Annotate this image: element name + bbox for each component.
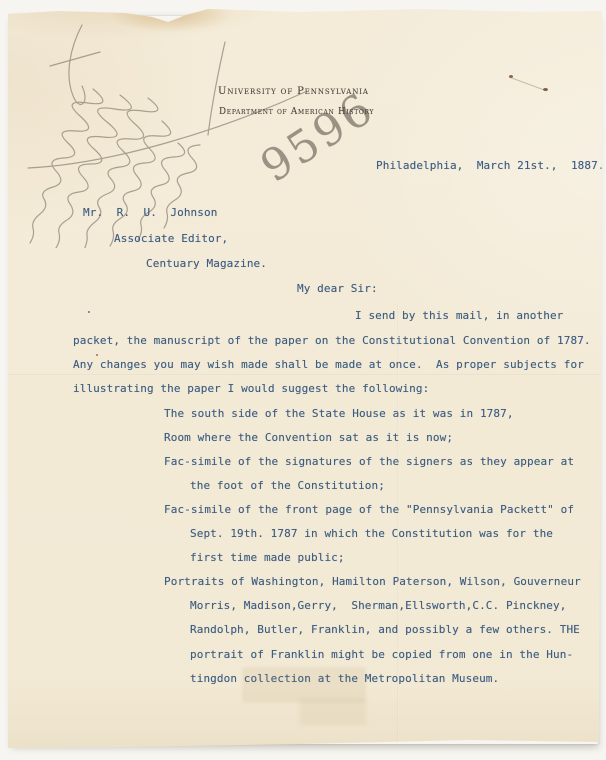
body-line: I send by this mail, in another xyxy=(355,309,563,323)
body-line: Sept. 19th. 1787 in which the Constituti… xyxy=(190,527,553,541)
body-line: Any changes you may wish made shall be m… xyxy=(73,358,584,372)
body-line: first time made public; xyxy=(190,551,345,565)
ghost-stamp-bleedthrough xyxy=(300,699,366,725)
ink-speck xyxy=(88,311,90,313)
body-line: Portraits of Washington, Hamilton Paters… xyxy=(164,575,581,589)
letter-paper: 9596 University of Pennsylvania Departme… xyxy=(0,0,606,760)
body-line: the foot of the Constitution; xyxy=(190,479,385,493)
paper-speck xyxy=(509,75,513,78)
recipient-title: Associate Editor, xyxy=(114,232,228,246)
recipient-organization: Centuary Magazine. xyxy=(146,257,267,271)
letterhead-department: Department of American History xyxy=(219,107,374,117)
paper-speck xyxy=(96,354,98,356)
body-line: Fac-simile of the front page of the "Pen… xyxy=(164,503,574,517)
body-line: The south side of the State House as it … xyxy=(164,407,514,421)
body-line: illustrating the paper I would suggest t… xyxy=(73,382,429,396)
body-line: packet, the manuscript of the paper on t… xyxy=(73,334,591,348)
body-line: portrait of Franklin might be copied fro… xyxy=(190,648,573,662)
letterhead-university: University of Pennsylvania xyxy=(218,86,369,97)
body-line: Morris, Madison,Gerry, Sherman,Ellsworth… xyxy=(190,599,566,613)
ghost-stamp-bleedthrough xyxy=(243,668,365,702)
vertical-fold-crease xyxy=(397,305,399,745)
salutation: My dear Sir: xyxy=(297,282,378,296)
body-line: Randolph, Butler, Franklin, and possibly… xyxy=(190,623,580,637)
body-line: Fac-simile of the signatures of the sign… xyxy=(164,455,574,469)
scanned-letter: 9596 University of Pennsylvania Departme… xyxy=(0,0,606,760)
paper-speck xyxy=(543,88,548,91)
recipient-name: Mr. R. U. Johnson xyxy=(83,206,217,220)
body-line: Room where the Convention sat as it is n… xyxy=(164,431,453,445)
dateline: Philadelphia, March 21st., 1887. xyxy=(376,159,605,173)
horizontal-fold-crease xyxy=(0,374,606,376)
